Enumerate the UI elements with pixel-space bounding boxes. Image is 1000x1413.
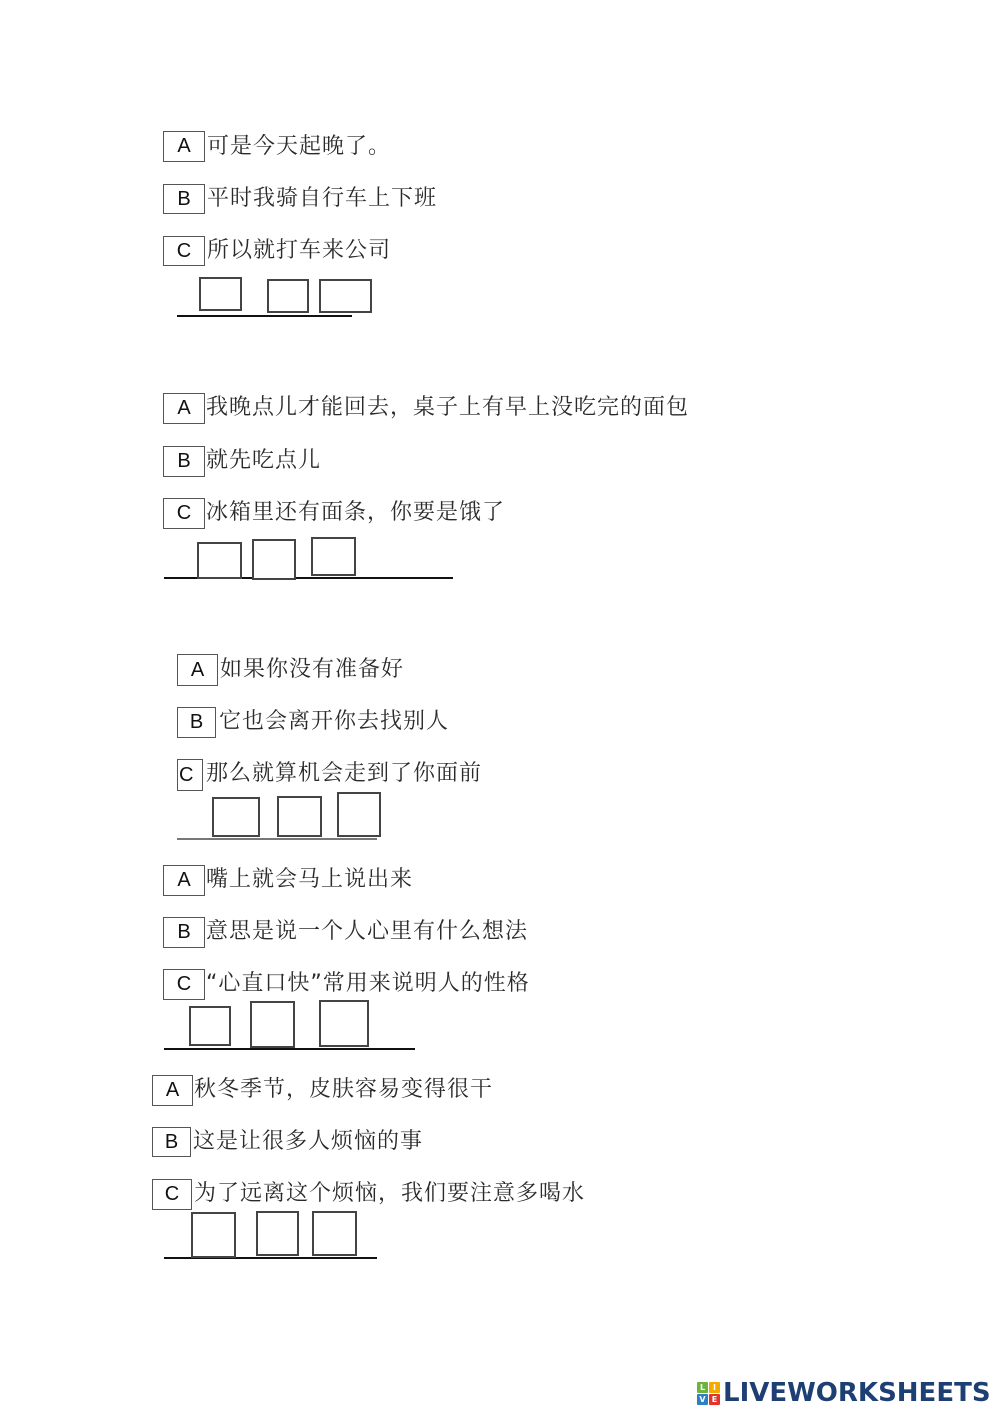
answer-underline <box>177 315 352 317</box>
sentence-b: 这是让很多人烦恼的事 <box>193 1127 423 1157</box>
answer-underline <box>164 1048 415 1050</box>
sentence-b: 就先吃点儿 <box>206 446 321 476</box>
logo-text: LIVEWORKSHEETS <box>723 1378 991 1408</box>
sentence-a: 嘴上就会马上说出来 <box>206 865 413 895</box>
logo-tile-e: E <box>709 1394 720 1405</box>
sentence-c: 冰箱里还有面条，你要是饿了 <box>206 498 505 528</box>
sentence-c: 所以就打车来公司 <box>207 236 391 266</box>
answer-box-3[interactable] <box>312 1211 357 1256</box>
answer-box-2[interactable] <box>277 796 322 837</box>
letter-label-b: B <box>177 707 216 738</box>
letter-label-b: B <box>163 446 205 477</box>
letter-label-a: A <box>177 654 218 686</box>
sentence-c: 为了远离这个烦恼，我们要注意多喝水 <box>194 1179 585 1209</box>
letter-label-b: B <box>152 1127 191 1157</box>
liveworksheets-logo: L I V E LIVEWORKSHEETS <box>697 1378 991 1408</box>
letter-label-a: A <box>152 1075 193 1106</box>
answer-underline <box>177 838 377 840</box>
sentence-a: 如果你没有准备好 <box>220 655 404 685</box>
letter-label-c: C <box>152 1179 192 1210</box>
letter-label-b: B <box>163 184 205 214</box>
logo-tiles-icon: L I V E <box>697 1382 720 1405</box>
sentence-a: 可是今天起晚了。 <box>207 132 391 162</box>
logo-tile-v: V <box>697 1394 708 1405</box>
answer-box-1[interactable] <box>199 277 242 311</box>
answer-box-3[interactable] <box>311 537 356 576</box>
sentence-c: “心直口快”常用来说明人的性格 <box>206 969 530 999</box>
sentence-b: 意思是说一个人心里有什么想法 <box>206 917 528 947</box>
letter-label-c: C <box>163 236 205 266</box>
answer-box-2[interactable] <box>252 539 296 580</box>
letter-label-a: A <box>163 393 205 424</box>
sentence-a: 秋冬季节，皮肤容易变得很干 <box>194 1075 493 1105</box>
answer-box-3[interactable] <box>319 1000 369 1047</box>
letter-label-a: A <box>163 865 205 896</box>
sentence-b: 平时我骑自行车上下班 <box>207 184 437 214</box>
logo-tile-l: L <box>697 1382 708 1393</box>
logo-tile-i: I <box>709 1382 720 1393</box>
answer-box-2[interactable] <box>256 1211 299 1256</box>
sentence-a: 我晚点儿才能回去，桌子上有早上没吃完的面包 <box>206 393 689 423</box>
answer-box-1[interactable] <box>191 1212 236 1258</box>
letter-label-b: B <box>163 917 205 948</box>
letter-label-c: C <box>163 498 205 529</box>
answer-box-1[interactable] <box>189 1006 231 1046</box>
answer-box-3[interactable] <box>337 792 381 837</box>
answer-box-3[interactable] <box>319 279 372 313</box>
sentence-c: 那么就算机会走到了你面前 <box>206 759 482 789</box>
answer-box-1[interactable] <box>212 797 260 837</box>
sentence-b: 它也会离开你去找别人 <box>219 707 449 737</box>
answer-box-2[interactable] <box>267 279 309 313</box>
letter-label-c: C <box>163 969 205 1000</box>
answer-box-1[interactable] <box>197 542 242 579</box>
letter-label-c: C <box>177 759 203 791</box>
answer-box-2[interactable] <box>250 1001 295 1048</box>
letter-label-a: A <box>163 131 205 162</box>
